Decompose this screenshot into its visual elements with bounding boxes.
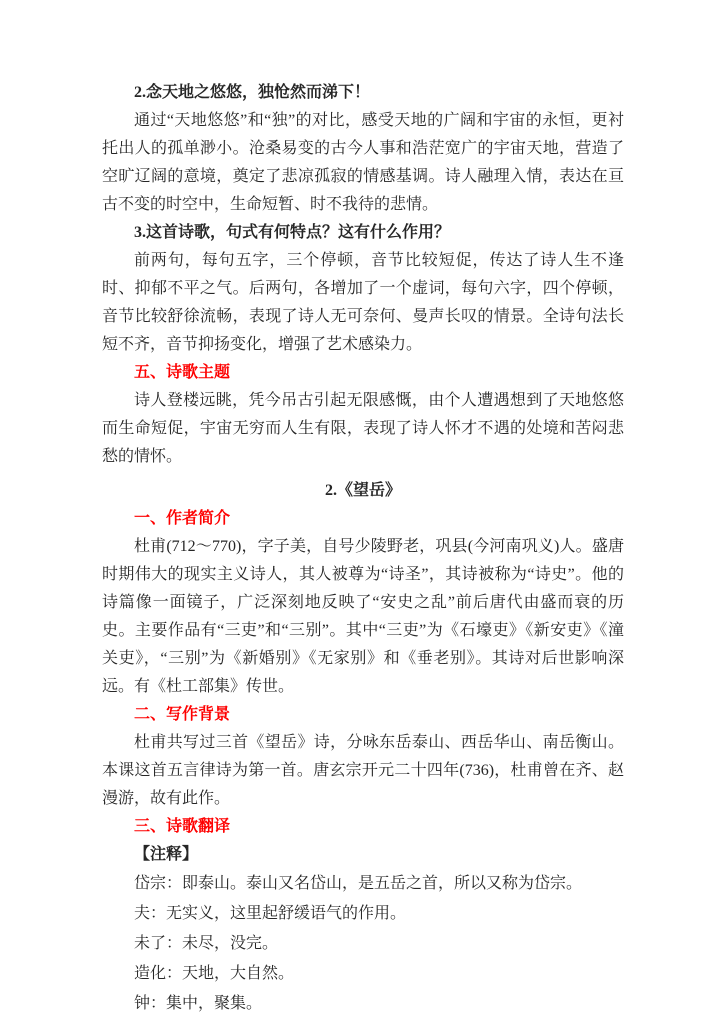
body-paragraph: 通过“天地悠悠”和“独”的对比，感受天地的广阔和宇宙的永恒，更衬托出人的孤单渺小… [102, 107, 624, 219]
section-heading: 一、作者简介 [102, 505, 624, 533]
poem-title: 2.《望岳》 [102, 477, 624, 505]
document-content: 2.念天地之悠悠，独怆然而涕下！通过“天地悠悠”和“独”的对比，感受天地的广阔和… [102, 79, 624, 1019]
question-heading: 2.念天地之悠悠，独怆然而涕下！ [102, 79, 624, 107]
annotation-line: 未了：未尽，没完。 [102, 929, 624, 959]
body-paragraph: 前两句，每句五字，三个停顿，音节比较短促，传达了诗人生不逢时、抑郁不平之气。后两… [102, 247, 624, 359]
annotation-line: 夫：无实义，这里起舒缓语气的作用。 [102, 899, 624, 929]
annotation-line: 造化：天地，大自然。 [102, 959, 624, 989]
annotation-heading: 【注释】 [102, 841, 624, 869]
section-heading: 五、诗歌主题 [102, 359, 624, 387]
body-paragraph: 杜甫(712～770)，字子美，自号少陵野老，巩县(今河南巩义)人。盛唐时期伟大… [102, 533, 624, 701]
body-paragraph: 诗人登楼远眺，凭今吊古引起无限感慨，由个人遭遇想到了天地悠悠而生命短促，宇宙无穷… [102, 387, 624, 471]
annotation-line: 岱宗：即泰山。泰山又名岱山，是五岳之首，所以又称为岱宗。 [102, 869, 624, 899]
body-paragraph: 杜甫共写过三首《望岳》诗，分咏东岳泰山、西岳华山、南岳衡山。本课这首五言律诗为第… [102, 729, 624, 813]
section-heading: 二、写作背景 [102, 701, 624, 729]
annotation-line: 钟：集中，聚集。 [102, 989, 624, 1019]
document-page: 2.念天地之悠悠，独怆然而涕下！通过“天地悠悠”和“独”的对比，感受天地的广阔和… [0, 0, 724, 1024]
section-heading: 三、诗歌翻译 [102, 813, 624, 841]
question-heading: 3.这首诗歌，句式有何特点？这有什么作用？ [102, 219, 624, 247]
